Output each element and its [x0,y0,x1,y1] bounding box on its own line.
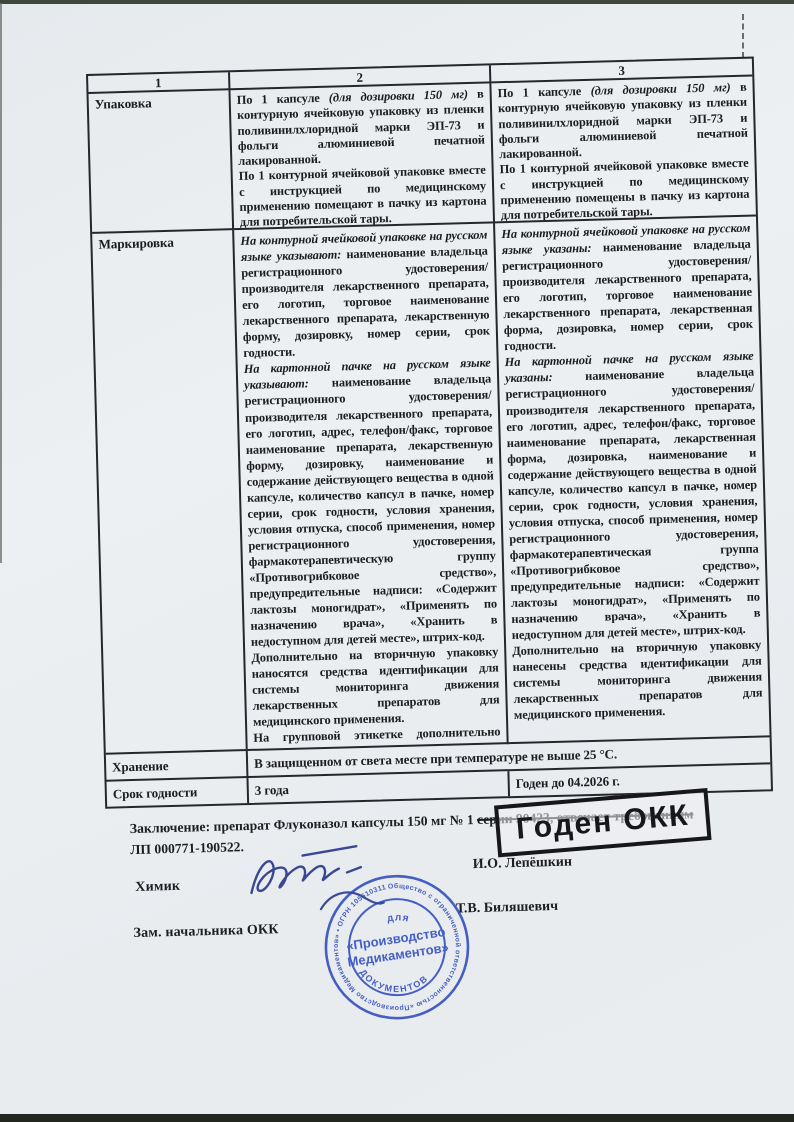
stamp-top-word: для [386,910,412,928]
qc-approved-stamp: Годен ОКК [494,788,712,857]
conclusion-body: препарат Флуконазол капсулы 150 мг № 1 [210,812,477,834]
scan-edge-top [0,0,794,4]
svg-text:для: для [386,910,412,928]
company-round-stamp: Общество с ограниченной ответственностью… [311,861,484,1034]
marking-col3-cell: На контурной ячейковой упаковке на русск… [495,217,770,745]
row-label-packaging: Упаковка [89,90,235,234]
packaging-col2-cell: По 1 капсуле (для дозировки 150 мг) в ко… [230,83,495,230]
conclusion-label: Заключение: [130,819,211,836]
document-sheet: 1 2 3 Упаковка По 1 капсуле (для дозиров… [86,57,781,1121]
scanned-document-page: { "table": { "col_headers": ["1", "2", "… [0,0,794,1122]
row-label-shelf-life: Срок годности [107,778,250,807]
deputy-role-label: Зам. начальника ОКК [133,922,279,942]
row-label-storage: Хранение [106,751,249,782]
fold-mark [742,14,744,58]
conclusion-and-signatures: Заключение: препарат Флуконазол капсулы … [105,791,781,1120]
packaging-col3-cell: По 1 капсуле (для дозировки 150 мг) в ко… [491,77,756,224]
row-label-marking: Маркировка [92,230,248,755]
deputy-name: Т.В. Биляшевич [456,899,558,918]
spec-table: 1 2 3 Упаковка По 1 капсуле (для дозиров… [86,57,773,809]
scan-edge-left [0,3,2,563]
chemist-name: И.О. Лепёшкин [473,855,573,874]
conclusion-doc-number: ЛП 000771-190522. [130,839,244,857]
qc-stamp-text: Годен ОКК [515,799,691,847]
marking-col2-cell: На контурной ячейковой упаковке на русск… [234,223,509,751]
chemist-role-label: Химик [135,879,180,896]
